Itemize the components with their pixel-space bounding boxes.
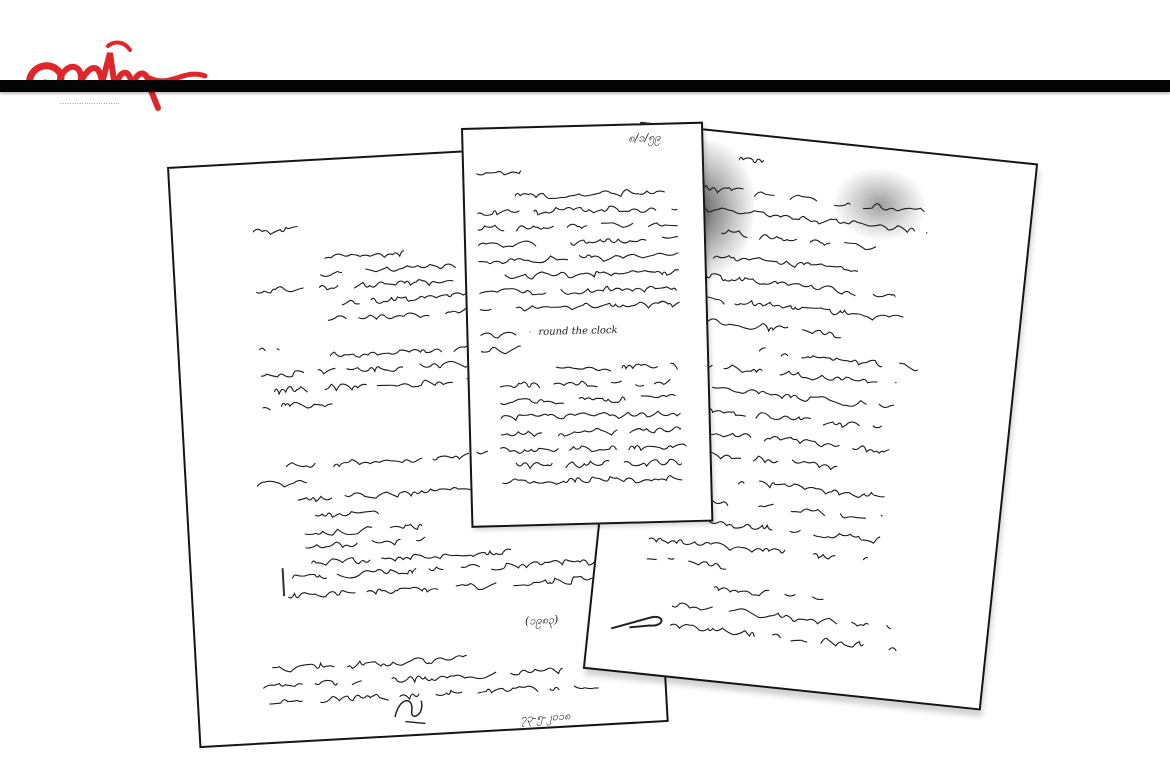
handwritten-line	[500, 392, 680, 407]
margin-bracket	[282, 568, 286, 596]
handwritten-line	[515, 187, 665, 201]
handwritten-line	[502, 456, 682, 471]
handwritten-line	[500, 376, 680, 391]
handwritten-line	[539, 360, 689, 374]
letter-date: ၇၃-၅-၂၀၁၈	[520, 709, 571, 728]
handwritten-line	[714, 582, 824, 603]
handwritten-line	[305, 535, 425, 552]
header-bar	[0, 80, 1170, 92]
handwritten-line	[479, 282, 679, 297]
handwritten-line	[478, 218, 678, 233]
handwritten-line	[481, 345, 521, 356]
handwritten-line	[480, 328, 530, 339]
letter-date: ၈/၁/၅၉	[628, 131, 661, 148]
handwritten-line	[324, 248, 404, 262]
handwritten-line	[298, 508, 378, 522]
handwritten-line	[262, 398, 332, 412]
handwritten-line	[478, 250, 678, 265]
year-note: (၁၉၈၃)	[525, 613, 559, 631]
handwritten-line	[257, 478, 307, 491]
handwritten-line	[500, 408, 680, 423]
signature-icon	[389, 690, 431, 726]
handwritten-line	[259, 343, 280, 354]
handwritten-line	[476, 166, 521, 177]
signature-icon	[609, 603, 672, 639]
handwritten-line	[501, 424, 681, 439]
handwritten-line	[480, 298, 680, 313]
english-phrase: round the clock	[536, 325, 620, 338]
handwritten-line	[476, 440, 686, 455]
handwritten-line	[257, 653, 467, 675]
handwritten-line	[725, 475, 885, 502]
letter-middle: ၈/၁/၅၉ round the clock	[461, 122, 713, 528]
handwritten-line	[646, 553, 727, 571]
handwritten-line	[477, 202, 677, 217]
handwritten-line	[502, 472, 682, 487]
handwritten-line	[479, 266, 679, 281]
logo-tagline: ·························	[60, 101, 120, 108]
handwritten-line	[252, 224, 297, 236]
handwritten-line	[478, 234, 678, 249]
